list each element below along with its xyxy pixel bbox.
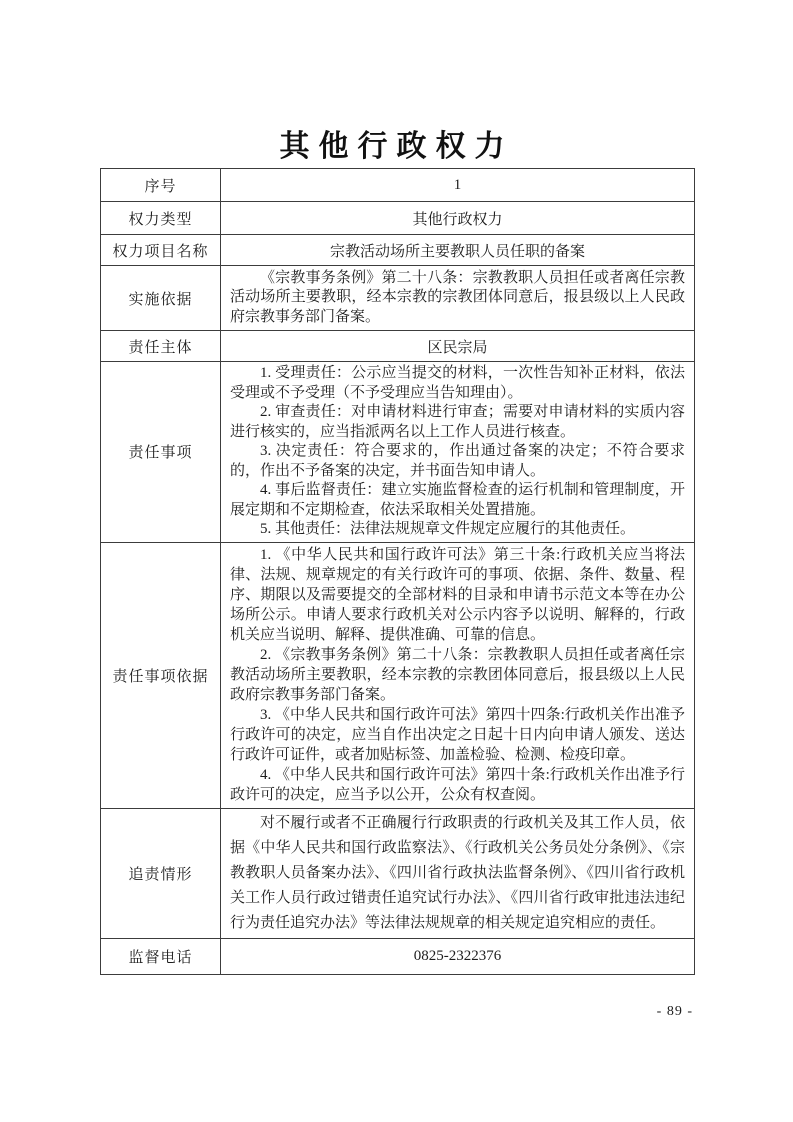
table-row-serial-number: 序号 1 <box>101 169 695 202</box>
paragraph: 2. 《宗教事务条例》第二十八条：宗教教职人员担任或者离任宗教活动场所主要教职，… <box>230 645 685 705</box>
row-value: 1. 受理责任：公示应当提交的材料，一次性告知补正材料，依法受理或不予受理（不予… <box>221 362 695 543</box>
row-value: 其他行政权力 <box>221 202 695 235</box>
table-row-accountability-circumstances: 追责情形 对不履行或者不正确履行行政职责的行政机关及其工作人员，依据《中华人民共… <box>101 808 695 938</box>
table-row-power-type: 权力类型 其他行政权力 <box>101 202 695 235</box>
row-value: 《宗教事务条例》第二十八条：宗教教职人员担任或者离任宗教活动场所主要教职，经本宗… <box>221 266 695 331</box>
table-row-responsibility-items-basis: 责任事项依据 1. 《中华人民共和国行政许可法》第三十条:行政机关应当将法律、法… <box>101 542 695 808</box>
row-label: 权力类型 <box>101 202 221 235</box>
paragraph: 5. 其他责任：法律法规规章文件规定应履行的其他责任。 <box>230 520 685 540</box>
table-row-responsible-subject: 责任主体 区民宗局 <box>101 331 695 362</box>
row-label: 监督电话 <box>101 938 221 974</box>
row-label: 实施依据 <box>101 266 221 331</box>
paragraph: 2. 审查责任：对申请材料进行审查；需要对申请材料的实质内容进行核实的，应当指派… <box>230 403 685 442</box>
row-label: 权力项目名称 <box>101 235 221 266</box>
page-title: 其他行政权力 <box>0 121 793 165</box>
table-row-power-item-name: 权力项目名称 宗教活动场所主要教职人员任职的备案 <box>101 235 695 266</box>
row-label: 责任事项 <box>101 362 221 543</box>
row-value: 1 <box>221 169 695 202</box>
paragraph: 3. 决定责任：符合要求的，作出通过备案的决定；不符合要求的，作出不予备案的决定… <box>230 442 685 481</box>
row-value: 宗教活动场所主要教职人员任职的备案 <box>221 235 695 266</box>
row-value: 对不履行或者不正确履行行政职责的行政机关及其工作人员，依据《中华人民共和国行政监… <box>221 808 695 938</box>
row-value: 1. 《中华人民共和国行政许可法》第三十条:行政机关应当将法律、法规、规章规定的… <box>221 542 695 808</box>
paragraph: 4. 《中华人民共和国行政许可法》第四十条:行政机关作出准予行政许可的决定，应当… <box>230 765 685 805</box>
row-value: 0825-2322376 <box>221 938 695 974</box>
paragraph: 1. 《中华人民共和国行政许可法》第三十条:行政机关应当将法律、法规、规章规定的… <box>230 545 685 645</box>
paragraph: 4. 事后监督责任：建立实施监督检查的运行机制和管理制度，开展定期和不定期检查，… <box>230 481 685 520</box>
paragraph: 1. 受理责任：公示应当提交的材料，一次性告知补正材料，依法受理或不予受理（不予… <box>230 364 685 403</box>
page-number: - 89 - <box>657 1004 693 1020</box>
paragraph: 《宗教事务条例》第二十八条：宗教教职人员担任或者离任宗教活动场所主要教职，经本宗… <box>230 269 685 328</box>
table-row-supervision-phone: 监督电话 0825-2322376 <box>101 938 695 974</box>
paragraph: 对不履行或者不正确履行行政职责的行政机关及其工作人员，依据《中华人民共和国行政监… <box>230 811 685 936</box>
row-value: 区民宗局 <box>221 331 695 362</box>
row-label: 追责情形 <box>101 808 221 938</box>
paragraph: 3. 《中华人民共和国行政许可法》第四十四条:行政机关作出准予行政许可的决定，应… <box>230 705 685 765</box>
table-row-responsibility-items: 责任事项 1. 受理责任：公示应当提交的材料，一次性告知补正材料，依法受理或不予… <box>101 362 695 543</box>
table-row-implementation-basis: 实施依据 《宗教事务条例》第二十八条：宗教教职人员担任或者离任宗教活动场所主要教… <box>101 266 695 331</box>
power-item-table: 序号 1 权力类型 其他行政权力 权力项目名称 宗教活动场所主要教职人员任职的备… <box>100 168 695 975</box>
row-label: 责任事项依据 <box>101 542 221 808</box>
row-label: 责任主体 <box>101 331 221 362</box>
document-page: 其他行政权力 序号 1 权力类型 其他行政权力 权力项目名称 宗教活动场所主要教… <box>0 0 793 1122</box>
row-label: 序号 <box>101 169 221 202</box>
